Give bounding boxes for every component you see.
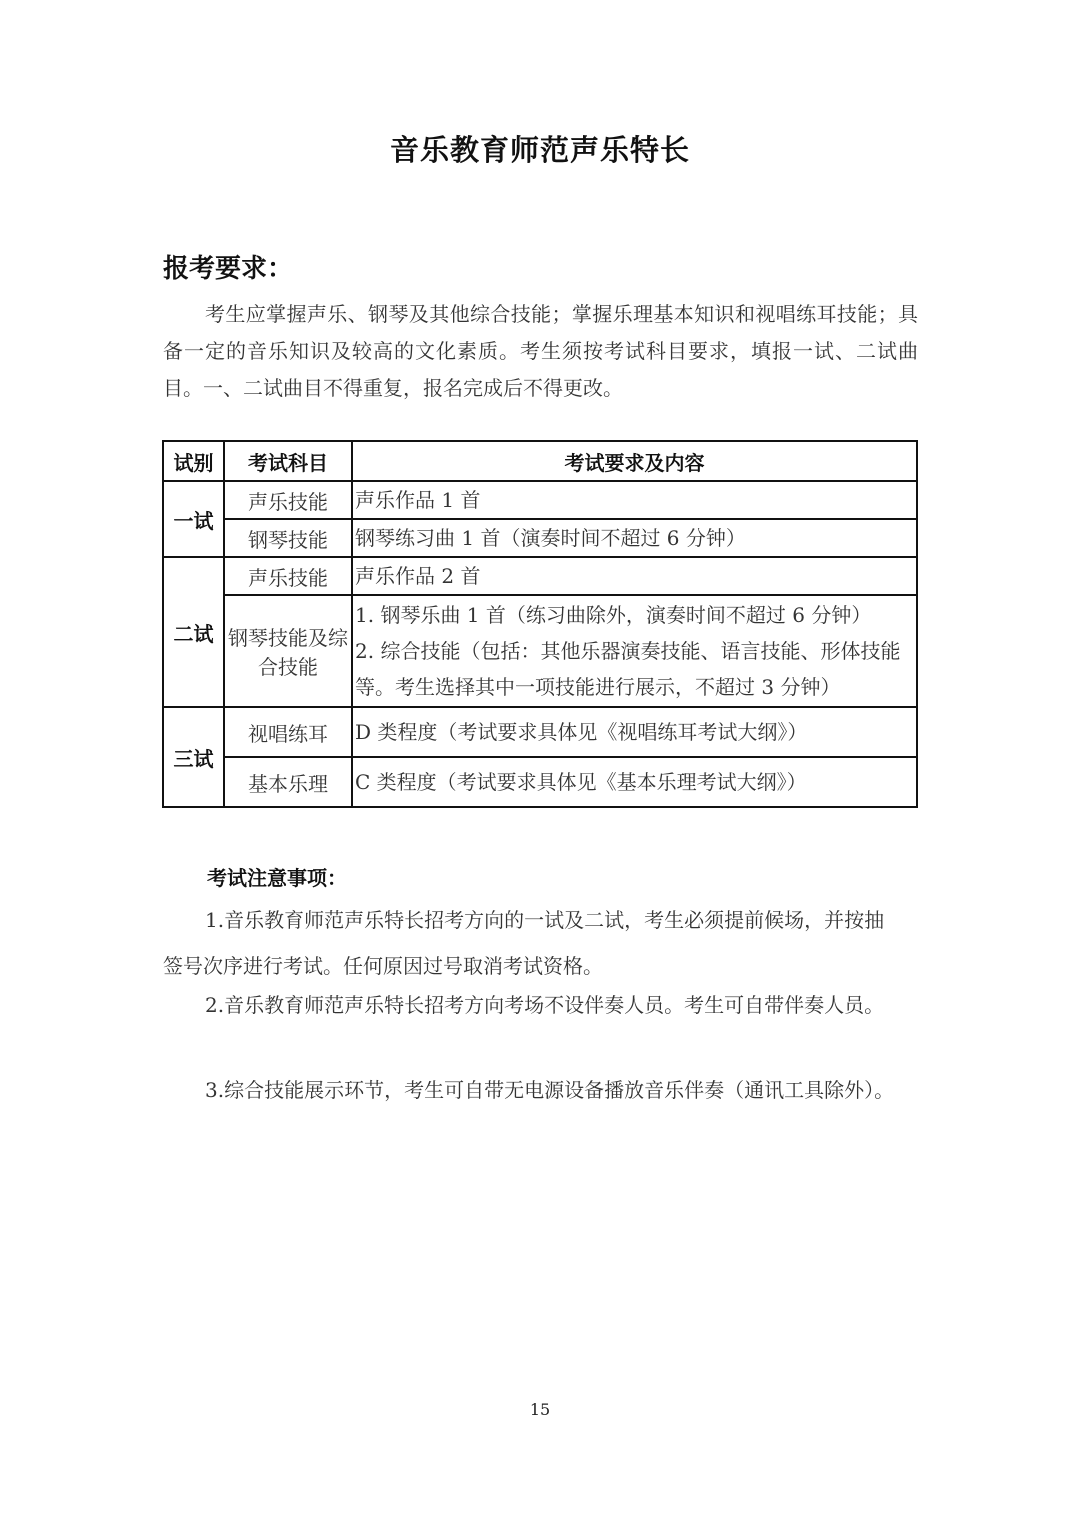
requirements-heading: 报考要求：	[163, 248, 293, 285]
subject-cell: 视唱练耳	[224, 707, 352, 757]
page-title: 音乐教育师范声乐特长	[0, 128, 1080, 169]
header-content: 考试要求及内容	[352, 441, 917, 481]
table-header-row: 试别 考试科目 考试要求及内容	[163, 441, 917, 481]
content-cell: 1. 钢琴乐曲 1 首（练习曲除外，演奏时间不超过 6 分钟） 2. 综合技能（…	[352, 595, 917, 707]
table-row: 二试 声乐技能 声乐作品 2 首	[163, 557, 917, 595]
header-subject: 考试科目	[224, 441, 352, 481]
page-number: 15	[0, 1400, 1080, 1419]
round-label: 一试	[163, 481, 224, 557]
subject-cell: 声乐技能	[224, 557, 352, 595]
subject-cell: 钢琴技能及综合技能	[224, 595, 352, 707]
table-row: 基本乐理 C 类程度（考试要求具体见《基本乐理考试大纲》）	[163, 757, 917, 807]
notes-heading: 考试注意事项：	[207, 862, 347, 891]
table-row: 钢琴技能 钢琴练习曲 1 首（演奏时间不超过 6 分钟）	[163, 519, 917, 557]
table-row: 钢琴技能及综合技能 1. 钢琴乐曲 1 首（练习曲除外，演奏时间不超过 6 分钟…	[163, 595, 917, 707]
content-cell: 声乐作品 2 首	[352, 557, 917, 595]
table-row: 一试 声乐技能 声乐作品 1 首	[163, 481, 917, 519]
content-line: 2. 综合技能（包括：其他乐器演奏技能、语言技能、形体技能等。考生选择其中一项技…	[355, 633, 914, 705]
content-cell: 钢琴练习曲 1 首（演奏时间不超过 6 分钟）	[352, 519, 917, 557]
requirements-intro: 考生应掌握声乐、钢琴及其他综合技能；掌握乐理基本知识和视唱练耳技能；具备一定的音…	[163, 296, 918, 407]
content-cell: D 类程度（考试要求具体见《视唱练耳考试大纲》）	[352, 707, 917, 757]
exam-table: 试别 考试科目 考试要求及内容 一试 声乐技能 声乐作品 1 首 钢琴技能 钢琴…	[162, 440, 918, 808]
content-cell: C 类程度（考试要求具体见《基本乐理考试大纲》）	[352, 757, 917, 807]
note-item: 3.综合技能展示环节，考生可自带无电源设备播放音乐伴奏（通讯工具除外）。	[163, 1067, 903, 1113]
table-row: 三试 视唱练耳 D 类程度（考试要求具体见《视唱练耳考试大纲》）	[163, 707, 917, 757]
subject-cell: 基本乐理	[224, 757, 352, 807]
content-cell: 声乐作品 1 首	[352, 481, 917, 519]
header-round: 试别	[163, 441, 224, 481]
subject-cell: 声乐技能	[224, 481, 352, 519]
round-label: 二试	[163, 557, 224, 707]
subject-cell: 钢琴技能	[224, 519, 352, 557]
content-line: 1. 钢琴乐曲 1 首（练习曲除外，演奏时间不超过 6 分钟）	[355, 597, 914, 633]
note-item: 1.音乐教育师范声乐特长招考方向的一试及二试，考生必须提前候场，并按抽签号次序进…	[163, 897, 903, 989]
round-label: 三试	[163, 707, 224, 807]
note-item: 2.音乐教育师范声乐特长招考方向考场不设伴奏人员。考生可自带伴奏人员。	[163, 982, 903, 1028]
